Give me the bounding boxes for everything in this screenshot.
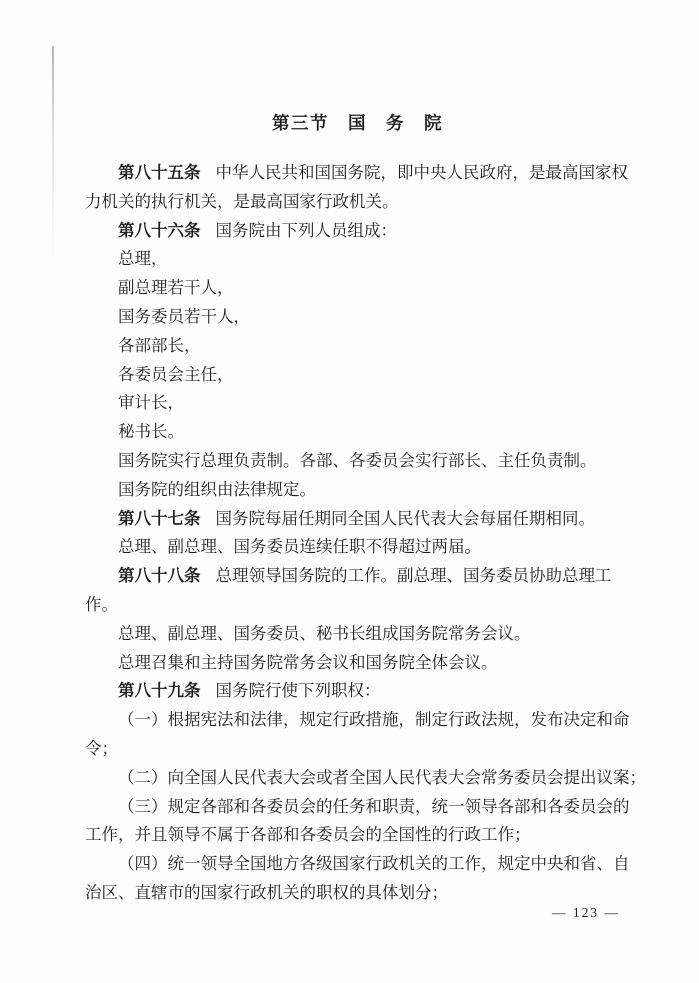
paragraph: 副总理若干人， [85, 274, 630, 303]
article-number: 第八十六条 [118, 221, 201, 240]
section-title: 第三节 国 务 院 [85, 111, 630, 135]
line-text: 国务院实行总理负责制。各部、各委员会实行部长、主任负责制。 [118, 451, 597, 470]
text-line: 第八十五条中华人民共和国国务院，即中央人民政府，是最高国家权 [85, 159, 630, 188]
paragraph: 第八十八条总理领导国务院的工作。副总理、国务委员协助总理工作。 [85, 562, 630, 620]
article-number: 第八十五条 [118, 163, 201, 182]
scan-artifact-line [52, 46, 54, 261]
document-page: 第三节 国 务 院 第八十五条中华人民共和国国务院，即中央人民政府，是最高国家权… [0, 0, 699, 983]
line-text: （一）根据宪法和法律，规定行政措施，制定行政法规，发布决定和命 [118, 710, 630, 729]
text-line: 各委员会主任， [85, 361, 630, 390]
line-text: 治区、直辖市的国家行政机关的职权的具体划分； [85, 883, 448, 902]
line-text: 各部部长， [118, 336, 201, 355]
text-line: 国务委员若干人， [85, 303, 630, 332]
paragraph: 国务院实行总理负责制。各部、各委员会实行部长、主任负责制。 [85, 447, 630, 476]
article-number: 第八十八条 [118, 566, 201, 585]
line-text: 总理、副总理、国务委员连续任职不得超过两届。 [118, 537, 481, 556]
line-text: 国务委员若干人， [118, 307, 250, 326]
text-line: 国务院的组织由法律规定。 [85, 476, 630, 505]
line-text: 各委员会主任， [118, 365, 234, 384]
text-line: （三）规定各部和各委员会的任务和职责，统一领导各部和各委员会的 [85, 793, 630, 822]
text-line: 力机关的执行机关，是最高国家行政机关。 [85, 188, 630, 217]
paragraph: 各部部长， [85, 332, 630, 361]
text-line: 总理、副总理、国务委员连续任职不得超过两届。 [85, 533, 630, 562]
line-text: 中华人民共和国国务院，即中央人民政府，是最高国家权 [216, 163, 629, 182]
line-text: 令； [85, 739, 118, 758]
line-text: 国务院由下列人员组成： [216, 221, 398, 240]
document-body: 第八十五条中华人民共和国国务院，即中央人民政府，是最高国家权力机关的执行机关，是… [85, 159, 630, 908]
text-line: 国务院实行总理负责制。各部、各委员会实行部长、主任负责制。 [85, 447, 630, 476]
text-line: 令； [85, 735, 630, 764]
article-number: 第八十九条 [118, 681, 201, 700]
text-line: 第八十九条国务院行使下列职权： [85, 677, 630, 706]
line-text: 秘书长。 [118, 422, 184, 441]
paragraph: 总理、副总理、国务委员、秘书长组成国务院常务会议。 [85, 620, 630, 649]
text-line: 工作，并且领导不属于各部和各委员会的全国性的行政工作； [85, 821, 630, 850]
line-text: （四）统一领导全国地方各级国家行政机关的工作，规定中央和省、自 [118, 854, 630, 873]
line-text: 工作，并且领导不属于各部和各委员会的全国性的行政工作； [85, 825, 531, 844]
line-text: （三）规定各部和各委员会的任务和职责，统一领导各部和各委员会的 [118, 797, 630, 816]
line-text: 国务院每届任期同全国人民代表大会每届任期相同。 [216, 509, 596, 528]
text-line: 审计长， [85, 389, 630, 418]
text-line: 秘书长。 [85, 418, 630, 447]
paragraph: 审计长， [85, 389, 630, 418]
text-line: 总理、副总理、国务委员、秘书长组成国务院常务会议。 [85, 620, 630, 649]
line-text: 力机关的执行机关，是最高国家行政机关。 [85, 192, 399, 211]
line-text: 总理召集和主持国务院常务会议和国务院全体会议。 [118, 653, 498, 672]
paragraph: （二）向全国人民代表大会或者全国人民代表大会常务委员会提出议案； [85, 764, 630, 793]
text-line: （一）根据宪法和法律，规定行政措施，制定行政法规，发布决定和命 [85, 706, 630, 735]
text-line: （四）统一领导全国地方各级国家行政机关的工作，规定中央和省、自 [85, 850, 630, 879]
text-line: 第八十八条总理领导国务院的工作。副总理、国务委员协助总理工 [85, 562, 630, 591]
paragraph: 总理召集和主持国务院常务会议和国务院全体会议。 [85, 649, 630, 678]
paragraph: 国务委员若干人， [85, 303, 630, 332]
line-text: 总理， [118, 249, 168, 268]
page-content: 第三节 国 务 院 第八十五条中华人民共和国国务院，即中央人民政府，是最高国家权… [85, 111, 630, 908]
paragraph: 第八十五条中华人民共和国国务院，即中央人民政府，是最高国家权力机关的执行机关，是… [85, 159, 630, 217]
text-line: 副总理若干人， [85, 274, 630, 303]
line-text: 国务院的组织由法律规定。 [118, 480, 316, 499]
paragraph: 国务院的组织由法律规定。 [85, 476, 630, 505]
page-number: — 123 — [540, 903, 632, 922]
line-text: 审计长， [118, 393, 184, 412]
article-number: 第八十七条 [118, 509, 201, 528]
line-text: 总理领导国务院的工作。副总理、国务委员协助总理工 [216, 566, 612, 585]
paragraph: 第八十六条国务院由下列人员组成： [85, 217, 630, 246]
line-text: 总理、副总理、国务委员、秘书长组成国务院常务会议。 [118, 624, 531, 643]
paragraph: 第八十九条国务院行使下列职权： [85, 677, 630, 706]
text-line: 第八十七条国务院每届任期同全国人民代表大会每届任期相同。 [85, 505, 630, 534]
text-line: 总理召集和主持国务院常务会议和国务院全体会议。 [85, 649, 630, 678]
text-line: （二）向全国人民代表大会或者全国人民代表大会常务委员会提出议案； [85, 764, 630, 793]
text-line: 各部部长， [85, 332, 630, 361]
paragraph: 总理、副总理、国务委员连续任职不得超过两届。 [85, 533, 630, 562]
text-line: 作。 [85, 591, 630, 620]
line-text: 作。 [85, 595, 118, 614]
paragraph: （一）根据宪法和法律，规定行政措施，制定行政法规，发布决定和命令； [85, 706, 630, 764]
text-line: 总理， [85, 245, 630, 274]
paragraph: 第八十七条国务院每届任期同全国人民代表大会每届任期相同。 [85, 505, 630, 534]
line-text: （二）向全国人民代表大会或者全国人民代表大会常务委员会提出议案； [118, 768, 646, 787]
paragraph: 总理， [85, 245, 630, 274]
line-text: 副总理若干人， [118, 278, 234, 297]
paragraph: （四）统一领导全国地方各级国家行政机关的工作，规定中央和省、自治区、直辖市的国家… [85, 850, 630, 908]
line-text: 国务院行使下列职权： [216, 681, 381, 700]
paragraph: 各委员会主任， [85, 361, 630, 390]
paragraph: 秘书长。 [85, 418, 630, 447]
paragraph: （三）规定各部和各委员会的任务和职责，统一领导各部和各委员会的工作，并且领导不属… [85, 793, 630, 851]
text-line: 第八十六条国务院由下列人员组成： [85, 217, 630, 246]
